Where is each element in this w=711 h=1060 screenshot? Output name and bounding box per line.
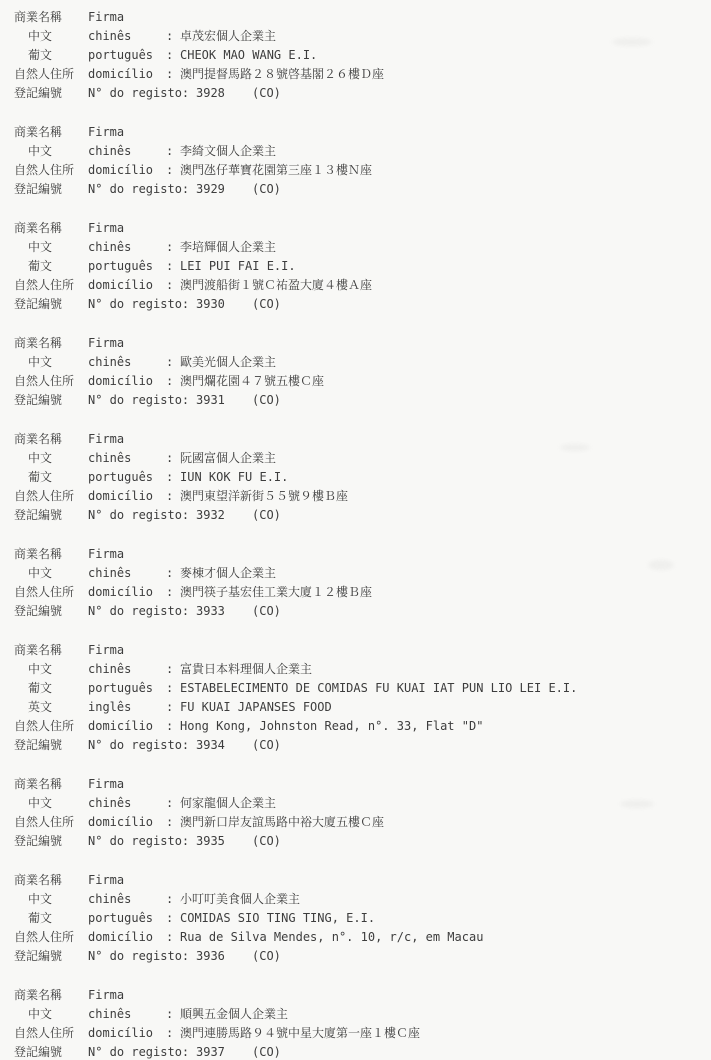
- portuguese-name: CHEOK MAO WANG E.I.: [180, 46, 317, 65]
- domicile-row: 自然人住所domicílio:澳門爛花園４７號五樓Ｃ座: [14, 372, 711, 391]
- portuguese-name-row-label-zh: 葡文: [14, 46, 88, 65]
- domicile-row: 自然人住所domicílio:澳門東望洋新街５５號９樓Ｂ座: [14, 487, 711, 506]
- domicile-row-label-zh: 自然人住所: [14, 583, 88, 602]
- chinese-name: 卓茂宏個人企業主: [180, 27, 276, 46]
- portuguese-name-row-colon: :: [166, 679, 180, 698]
- chinese-name: 阮國富個人企業主: [180, 449, 276, 468]
- chinese-name-row-colon: :: [166, 890, 180, 909]
- registry-entry: 商業名稱Firma中文chinês:李綺文個人企業主自然人住所domicílio…: [14, 123, 711, 199]
- portuguese-name: IUN KOK FU E.I.: [180, 468, 288, 487]
- chinese-name-row-label-pt: chinês: [88, 1005, 166, 1024]
- domicile-row-label-pt: domicílio: [88, 583, 166, 602]
- scan-artifact: [612, 38, 652, 46]
- chinese-name-row-label-zh: 中文: [14, 564, 88, 583]
- chinese-name-row: 中文chinês:何家龍個人企業主: [14, 794, 711, 813]
- chinese-name-row-label-pt: chinês: [88, 142, 166, 161]
- portuguese-name-row-label-pt: português: [88, 468, 166, 487]
- firm-header-row-label-pt: Firma: [88, 430, 166, 449]
- registration-label-zh: 登記編號: [14, 295, 88, 314]
- registration-suffix: (CO): [252, 832, 281, 851]
- chinese-name-row-label-zh: 中文: [14, 27, 88, 46]
- domicile-row-label-zh: 自然人住所: [14, 487, 88, 506]
- portuguese-name-row: 葡文português:ESTABELECIMENTO DE COMIDAS F…: [14, 679, 711, 698]
- registry-entry: 商業名稱Firma中文chinês:麥棟才個人企業主自然人住所domicílio…: [14, 545, 711, 621]
- firm-header-row-label-pt: Firma: [88, 641, 166, 660]
- registration-number: 3931: [196, 391, 252, 410]
- portuguese-name-row-label-pt: português: [88, 46, 166, 65]
- registration-row: 登記編號N° do registo:3937(CO): [14, 1043, 711, 1060]
- domicile-row: 自然人住所domicílio:澳門氹仔華寶花園第三座１３樓Ｎ座: [14, 161, 711, 180]
- chinese-name: 歐美光個人企業主: [180, 353, 276, 372]
- chinese-name-row: 中文chinês:卓茂宏個人企業主: [14, 27, 711, 46]
- domicile-row-label-zh: 自然人住所: [14, 161, 88, 180]
- chinese-name-row: 中文chinês:李綺文個人企業主: [14, 142, 711, 161]
- domicile-row-colon: :: [166, 928, 180, 947]
- scan-artifact: [560, 444, 590, 451]
- registration-label-zh: 登記編號: [14, 84, 88, 103]
- firm-header-row: 商業名稱Firma: [14, 775, 711, 794]
- registration-label-pt: N° do registo:: [88, 391, 196, 410]
- portuguese-name-row: 葡文português:CHEOK MAO WANG E.I.: [14, 46, 711, 65]
- domicile-row: 自然人住所domicílio:澳門提督馬路２８號啓基閣２６樓Ｄ座: [14, 65, 711, 84]
- document-page: 商業名稱Firma中文chinês:卓茂宏個人企業主葡文português:CH…: [0, 0, 711, 1060]
- chinese-name-row: 中文chinês:阮國富個人企業主: [14, 449, 711, 468]
- portuguese-name-row-label-zh: 葡文: [14, 468, 88, 487]
- english-name-row-label-zh: 英文: [14, 698, 88, 717]
- registration-suffix: (CO): [252, 295, 281, 314]
- domicile-row-label-pt: domicílio: [88, 928, 166, 947]
- registration-label-pt: N° do registo:: [88, 506, 196, 525]
- domicile-row-label-zh: 自然人住所: [14, 276, 88, 295]
- registration-label-zh: 登記編號: [14, 391, 88, 410]
- firm-header-row-label-pt: Firma: [88, 123, 166, 142]
- domicile-row-label-zh: 自然人住所: [14, 65, 88, 84]
- domicile-row: 自然人住所domicílio:Hong Kong, Johnston Read,…: [14, 717, 711, 736]
- domicile-row-label-pt: domicílio: [88, 65, 166, 84]
- portuguese-name: COMIDAS SIO TING TING, E.I.: [180, 909, 375, 928]
- domicile-row-label-zh: 自然人住所: [14, 372, 88, 391]
- firm-header-row-label-zh: 商業名稱: [14, 775, 88, 794]
- domicile: Hong Kong, Johnston Read, n°. 33, Flat "…: [180, 717, 483, 736]
- registration-label-zh: 登記編號: [14, 832, 88, 851]
- domicile: 澳門連勝馬路９４號中星大廈第一座１樓Ｃ座: [180, 1024, 420, 1043]
- registration-suffix: (CO): [252, 1043, 281, 1060]
- registration-suffix: (CO): [252, 506, 281, 525]
- registration-row: 登記編號N° do registo:3933(CO): [14, 602, 711, 621]
- portuguese-name-row-label-zh: 葡文: [14, 679, 88, 698]
- domicile-row: 自然人住所domicílio:Rua de Silva Mendes, n°. …: [14, 928, 711, 947]
- registration-suffix: (CO): [252, 84, 281, 103]
- domicile-row-colon: :: [166, 372, 180, 391]
- firm-header-row: 商業名稱Firma: [14, 871, 711, 890]
- registration-suffix: (CO): [252, 391, 281, 410]
- registration-row: 登記編號N° do registo:3932(CO): [14, 506, 711, 525]
- registration-label-pt: N° do registo:: [88, 84, 196, 103]
- chinese-name-row-label-zh: 中文: [14, 142, 88, 161]
- registration-label-zh: 登記編號: [14, 602, 88, 621]
- portuguese-name: LEI PUI FAI E.I.: [180, 257, 296, 276]
- registry-entry: 商業名稱Firma中文chinês:小叮叮美食個人企業主葡文português:…: [14, 871, 711, 966]
- registration-row: 登記編號N° do registo:3935(CO): [14, 832, 711, 851]
- registration-number: 3935: [196, 832, 252, 851]
- domicile-row-label-zh: 自然人住所: [14, 1024, 88, 1043]
- registration-label-pt: N° do registo:: [88, 1043, 196, 1060]
- domicile-row: 自然人住所domicílio:澳門筷子基宏佳工業大廈１２樓Ｂ座: [14, 583, 711, 602]
- registration-number: 3937: [196, 1043, 252, 1060]
- firm-header-row-label-pt: Firma: [88, 545, 166, 564]
- registration-number: 3928: [196, 84, 252, 103]
- chinese-name-row: 中文chinês:順興五金個人企業主: [14, 1005, 711, 1024]
- chinese-name-row: 中文chinês:麥棟才個人企業主: [14, 564, 711, 583]
- domicile-row-label-pt: domicílio: [88, 487, 166, 506]
- domicile-row-label-zh: 自然人住所: [14, 928, 88, 947]
- registration-label-zh: 登記編號: [14, 180, 88, 199]
- portuguese-name-row: 葡文português:IUN KOK FU E.I.: [14, 468, 711, 487]
- domicile-row-label-zh: 自然人住所: [14, 813, 88, 832]
- chinese-name-row: 中文chinês:歐美光個人企業主: [14, 353, 711, 372]
- portuguese-name-row: 葡文português:COMIDAS SIO TING TING, E.I.: [14, 909, 711, 928]
- entries: 商業名稱Firma中文chinês:卓茂宏個人企業主葡文português:CH…: [14, 8, 711, 1060]
- registration-suffix: (CO): [252, 947, 281, 966]
- registration-number: 3934: [196, 736, 252, 755]
- firm-header-row-label-pt: Firma: [88, 219, 166, 238]
- firm-header-row: 商業名稱Firma: [14, 641, 711, 660]
- english-name-row-colon: :: [166, 698, 180, 717]
- chinese-name-row-label-zh: 中文: [14, 1005, 88, 1024]
- english-name: FU KUAI JAPANSES FOOD: [180, 698, 332, 717]
- domicile-row-label-pt: domicílio: [88, 372, 166, 391]
- chinese-name: 何家龍個人企業主: [180, 794, 276, 813]
- chinese-name: 小叮叮美食個人企業主: [180, 890, 300, 909]
- domicile-row: 自然人住所domicílio:澳門連勝馬路９４號中星大廈第一座１樓Ｃ座: [14, 1024, 711, 1043]
- chinese-name-row-colon: :: [166, 27, 180, 46]
- chinese-name-row-label-pt: chinês: [88, 660, 166, 679]
- portuguese-name-row-colon: :: [166, 46, 180, 65]
- registration-label-pt: N° do registo:: [88, 180, 196, 199]
- chinese-name: 富貴日本料理個人企業主: [180, 660, 312, 679]
- firm-header-row: 商業名稱Firma: [14, 545, 711, 564]
- chinese-name-row-colon: :: [166, 660, 180, 679]
- chinese-name-row-label-pt: chinês: [88, 238, 166, 257]
- domicile-row-label-pt: domicílio: [88, 717, 166, 736]
- registration-number: 3933: [196, 602, 252, 621]
- registration-label-pt: N° do registo:: [88, 295, 196, 314]
- registry-entry: 商業名稱Firma中文chinês:富貴日本料理個人企業主葡文português…: [14, 641, 711, 755]
- domicile: 澳門新口岸友誼馬路中裕大廈五樓Ｃ座: [180, 813, 384, 832]
- portuguese-name-row-label-zh: 葡文: [14, 909, 88, 928]
- domicile-row-colon: :: [166, 65, 180, 84]
- registry-entry: 商業名稱Firma中文chinês:阮國富個人企業主葡文português:IU…: [14, 430, 711, 525]
- domicile: 澳門氹仔華寶花園第三座１３樓Ｎ座: [180, 161, 372, 180]
- portuguese-name-row-label-zh: 葡文: [14, 257, 88, 276]
- chinese-name-row: 中文chinês:李培輝個人企業主: [14, 238, 711, 257]
- chinese-name-row-label-zh: 中文: [14, 238, 88, 257]
- firm-header-row-label-zh: 商業名稱: [14, 123, 88, 142]
- firm-header-row-label-pt: Firma: [88, 8, 166, 27]
- firm-header-row: 商業名稱Firma: [14, 986, 711, 1005]
- domicile: 澳門筷子基宏佳工業大廈１２樓Ｂ座: [180, 583, 372, 602]
- domicile: Rua de Silva Mendes, n°. 10, r/c, em Mac…: [180, 928, 483, 947]
- chinese-name-row-label-pt: chinês: [88, 449, 166, 468]
- registration-number: 3930: [196, 295, 252, 314]
- domicile-row-colon: :: [166, 1024, 180, 1043]
- chinese-name-row-label-zh: 中文: [14, 794, 88, 813]
- domicile-row-label-zh: 自然人住所: [14, 717, 88, 736]
- chinese-name-row-label-pt: chinês: [88, 890, 166, 909]
- scan-artifact: [620, 800, 654, 808]
- portuguese-name-row-colon: :: [166, 257, 180, 276]
- chinese-name-row-label-zh: 中文: [14, 890, 88, 909]
- chinese-name-row-colon: :: [166, 449, 180, 468]
- chinese-name-row-colon: :: [166, 1005, 180, 1024]
- chinese-name: 順興五金個人企業主: [180, 1005, 288, 1024]
- domicile-row-label-pt: domicílio: [88, 1024, 166, 1043]
- chinese-name: 麥棟才個人企業主: [180, 564, 276, 583]
- portuguese-name: ESTABELECIMENTO DE COMIDAS FU KUAI IAT P…: [180, 679, 577, 698]
- domicile-row-colon: :: [166, 161, 180, 180]
- firm-header-row-label-zh: 商業名稱: [14, 641, 88, 660]
- firm-header-row-label-zh: 商業名稱: [14, 8, 88, 27]
- portuguese-name-row-label-pt: português: [88, 257, 166, 276]
- portuguese-name-row-label-pt: português: [88, 679, 166, 698]
- chinese-name-row-colon: :: [166, 238, 180, 257]
- firm-header-row-label-pt: Firma: [88, 775, 166, 794]
- domicile-row: 自然人住所domicílio:澳門渡船街１號Ｃ祐盈大廈４樓Ａ座: [14, 276, 711, 295]
- domicile: 澳門渡船街１號Ｃ祐盈大廈４樓Ａ座: [180, 276, 372, 295]
- english-name-row: 英文inglês:FU KUAI JAPANSES FOOD: [14, 698, 711, 717]
- domicile-row-label-pt: domicílio: [88, 813, 166, 832]
- chinese-name-row-label-zh: 中文: [14, 353, 88, 372]
- chinese-name-row-label-pt: chinês: [88, 794, 166, 813]
- registration-row: 登記編號N° do registo:3934(CO): [14, 736, 711, 755]
- domicile: 澳門東望洋新街５５號９樓Ｂ座: [180, 487, 348, 506]
- firm-header-row-label-zh: 商業名稱: [14, 871, 88, 890]
- firm-header-row-label-pt: Firma: [88, 986, 166, 1005]
- registry-entry: 商業名稱Firma中文chinês:卓茂宏個人企業主葡文português:CH…: [14, 8, 711, 103]
- registry-entry: 商業名稱Firma中文chinês:順興五金個人企業主自然人住所domicíli…: [14, 986, 711, 1060]
- registration-label-zh: 登記編號: [14, 736, 88, 755]
- firm-header-row-label-zh: 商業名稱: [14, 545, 88, 564]
- domicile-row-colon: :: [166, 487, 180, 506]
- registration-suffix: (CO): [252, 180, 281, 199]
- chinese-name: 李綺文個人企業主: [180, 142, 276, 161]
- chinese-name-row-colon: :: [166, 142, 180, 161]
- english-name-row-label-pt: inglês: [88, 698, 166, 717]
- domicile: 澳門提督馬路２８號啓基閣２６樓Ｄ座: [180, 65, 384, 84]
- firm-header-row-label-zh: 商業名稱: [14, 219, 88, 238]
- portuguese-name-row-colon: :: [166, 909, 180, 928]
- registration-label-zh: 登記編號: [14, 947, 88, 966]
- registration-suffix: (CO): [252, 602, 281, 621]
- registration-suffix: (CO): [252, 736, 281, 755]
- chinese-name-row: 中文chinês:小叮叮美食個人企業主: [14, 890, 711, 909]
- registry-entry: 商業名稱Firma中文chinês:何家龍個人企業主自然人住所domicílio…: [14, 775, 711, 851]
- registry-entry: 商業名稱Firma中文chinês:歐美光個人企業主自然人住所domicílio…: [14, 334, 711, 410]
- registration-label-pt: N° do registo:: [88, 947, 196, 966]
- firm-header-row: 商業名稱Firma: [14, 219, 711, 238]
- scan-artifact: [648, 560, 674, 570]
- firm-header-row: 商業名稱Firma: [14, 334, 711, 353]
- chinese-name-row-label-pt: chinês: [88, 353, 166, 372]
- registration-row: 登記編號N° do registo:3929(CO): [14, 180, 711, 199]
- registration-row: 登記編號N° do registo:3936(CO): [14, 947, 711, 966]
- registration-label-zh: 登記編號: [14, 1043, 88, 1060]
- firm-header-row-label-zh: 商業名稱: [14, 986, 88, 1005]
- chinese-name-row-label-zh: 中文: [14, 660, 88, 679]
- firm-header-row-label-zh: 商業名稱: [14, 334, 88, 353]
- registry-entry: 商業名稱Firma中文chinês:李培輝個人企業主葡文português:LE…: [14, 219, 711, 314]
- domicile-row-label-pt: domicílio: [88, 161, 166, 180]
- registration-row: 登記編號N° do registo:3930(CO): [14, 295, 711, 314]
- chinese-name-row-colon: :: [166, 353, 180, 372]
- firm-header-row: 商業名稱Firma: [14, 123, 711, 142]
- registration-label-pt: N° do registo:: [88, 736, 196, 755]
- chinese-name-row-label-pt: chinês: [88, 564, 166, 583]
- domicile-row-colon: :: [166, 583, 180, 602]
- domicile-row-colon: :: [166, 717, 180, 736]
- firm-header-row-label-pt: Firma: [88, 871, 166, 890]
- registration-label-pt: N° do registo:: [88, 832, 196, 851]
- chinese-name-row-colon: :: [166, 794, 180, 813]
- firm-header-row-label-zh: 商業名稱: [14, 430, 88, 449]
- portuguese-name-row: 葡文português:LEI PUI FAI E.I.: [14, 257, 711, 276]
- chinese-name-row-label-zh: 中文: [14, 449, 88, 468]
- registration-number: 3932: [196, 506, 252, 525]
- domicile-row-label-pt: domicílio: [88, 276, 166, 295]
- chinese-name-row: 中文chinês:富貴日本料理個人企業主: [14, 660, 711, 679]
- domicile: 澳門爛花園４７號五樓Ｃ座: [180, 372, 324, 391]
- portuguese-name-row-label-pt: português: [88, 909, 166, 928]
- firm-header-row: 商業名稱Firma: [14, 8, 711, 27]
- registration-row: 登記編號N° do registo:3931(CO): [14, 391, 711, 410]
- domicile-row: 自然人住所domicílio:澳門新口岸友誼馬路中裕大廈五樓Ｃ座: [14, 813, 711, 832]
- chinese-name: 李培輝個人企業主: [180, 238, 276, 257]
- chinese-name-row-colon: :: [166, 564, 180, 583]
- portuguese-name-row-colon: :: [166, 468, 180, 487]
- domicile-row-colon: :: [166, 276, 180, 295]
- registration-number: 3929: [196, 180, 252, 199]
- firm-header-row-label-pt: Firma: [88, 334, 166, 353]
- registration-label-pt: N° do registo:: [88, 602, 196, 621]
- registration-row: 登記編號N° do registo:3928(CO): [14, 84, 711, 103]
- chinese-name-row-label-pt: chinês: [88, 27, 166, 46]
- registration-number: 3936: [196, 947, 252, 966]
- domicile-row-colon: :: [166, 813, 180, 832]
- registration-label-zh: 登記編號: [14, 506, 88, 525]
- firm-header-row: 商業名稱Firma: [14, 430, 711, 449]
